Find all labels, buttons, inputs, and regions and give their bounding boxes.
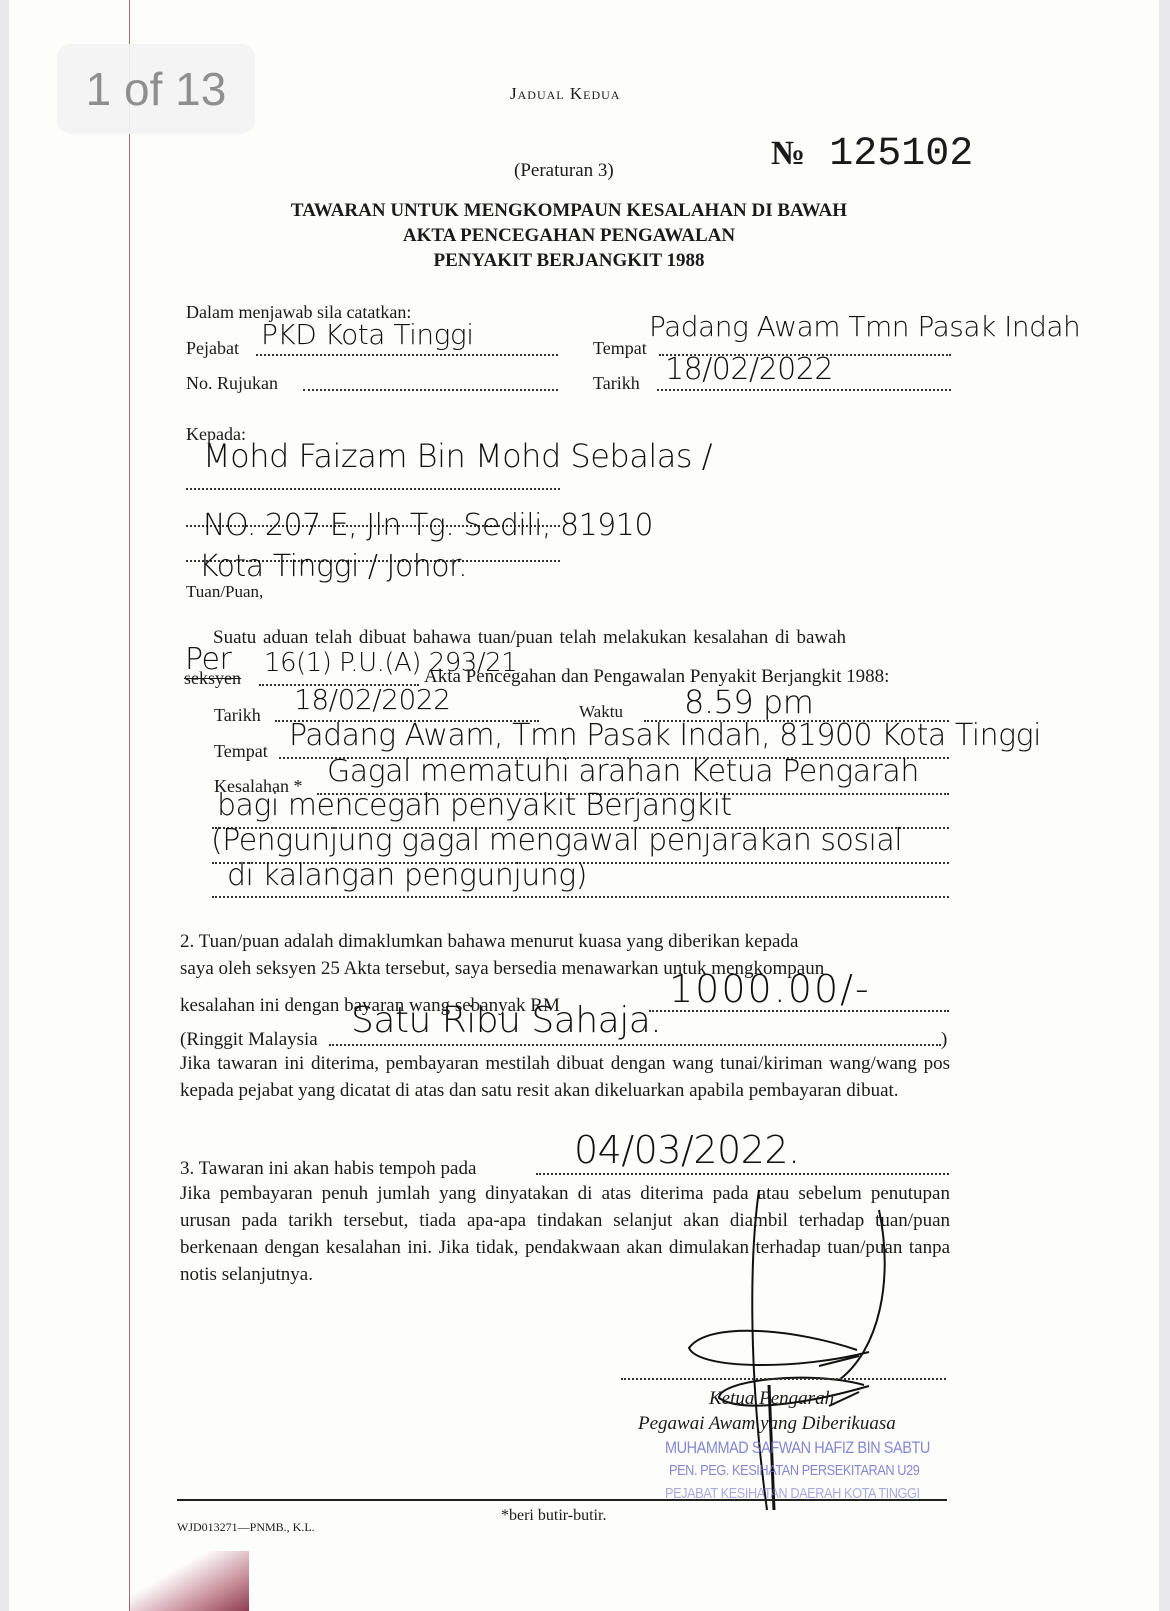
page-corner-shadow — [129, 1551, 249, 1611]
para2-line1: 2. Tuan/puan adalah dimaklumkan bahawa m… — [180, 928, 950, 955]
footer-rule — [177, 1499, 947, 1501]
tarikh-label: Tarikh — [593, 373, 640, 394]
rujukan-label: No. Rujukan — [186, 373, 278, 394]
signature-mark — [679, 1180, 899, 1510]
document-page: Jadual Kedua (Peraturan 3) № 125102 TAWA… — [9, 0, 1159, 1611]
form-title: TAWARAN UNTUK MENGKOMPAUN KESALAHAN DI B… — [9, 198, 1129, 273]
schedule-heading: Jadual Kedua — [510, 84, 620, 104]
salutation: Tuan/Puan, — [186, 582, 263, 602]
number-value: 125102 — [829, 132, 973, 177]
offence-tempat-value: Padang Awam, Tmn Pasak Indah, 81900 Kota… — [289, 718, 1041, 753]
kesalahan-value-3: (Pengunjung gagal mengawal penjarakan so… — [211, 823, 902, 858]
rujukan-field-line — [303, 389, 558, 391]
act-text: Akta Pencegahan dan Pengawalan Penyakit … — [424, 666, 889, 688]
recipient-address-1: NO. 207 E, Jln Tg. Sedili, 81910 — [203, 508, 653, 543]
para3-line1: 3. Tawaran ini akan habis tempoh pada — [180, 1155, 476, 1182]
para2-rest: Jika tawaran ini diterima, pembayaran me… — [180, 1050, 950, 1104]
form-code: WJD013271—PNMB., K.L. — [177, 1520, 315, 1535]
kesalahan-value-2: bagi mencegah penyakit Berjangkit — [217, 788, 732, 823]
title-line: AKTA PENCEGAHAN PENGAWALAN — [9, 223, 1129, 248]
pejabat-value: PKD Kota Tinggi — [261, 318, 474, 351]
offence-tempat-label: Tempat — [214, 741, 268, 762]
tarikh-field-line — [657, 389, 951, 391]
footnote: *beri butir-butir. — [501, 1507, 606, 1525]
compound-amount: 1000.00/- — [669, 967, 871, 1011]
expiry-date: 04/03/2022. — [574, 1128, 800, 1172]
title-line: PENYAKIT BERJANGKIT 1988 — [9, 248, 1129, 273]
ringgit-label: (Ringgit Malaysia — [180, 1026, 318, 1053]
kesalahan-line-4 — [212, 896, 949, 898]
ringgit-words: Satu Ribu Sahaja. — [351, 1000, 661, 1041]
signature-line — [621, 1378, 946, 1380]
pejabat-field-line — [256, 354, 558, 356]
officer-stamp-line-2: PEN. PEG. KESIHATAN PERSEKITARAN U29 — [669, 1462, 919, 1479]
seksyen-label: seksyen — [184, 668, 241, 689]
tempat-value: Padang Awam Tmn Pasak Indah — [649, 310, 1080, 343]
recipient-line-1 — [186, 488, 560, 490]
officer-stamp-line-1: MUHAMMAD SAFWAN HAFIZ BIN SABTU — [665, 1438, 930, 1458]
waktu-value: 8.59 pm — [684, 683, 813, 721]
signatory-title-2: Pegawai Awam yang Diberikuasa — [638, 1413, 896, 1435]
regulation-label: (Peraturan 3) — [514, 160, 614, 182]
title-line: TAWARAN UNTUK MENGKOMPAUN KESALAHAN DI B… — [9, 198, 1129, 223]
number-symbol: № — [771, 135, 805, 172]
ringgit-close: ) — [941, 1026, 947, 1053]
expiry-line — [536, 1173, 949, 1175]
recipient-name: Mohd Faizam Bin Mohd Sebalas / — [203, 437, 712, 475]
signatory-title-1: Ketua Pengarah — [709, 1388, 834, 1410]
kesalahan-value-1: Gagal mematuhi arahan Ketua Pengarah — [327, 754, 919, 789]
kesalahan-value-4: di kalangan pengunjung) — [227, 858, 587, 893]
offence-tarikh-label: Tarikh — [214, 705, 261, 726]
offence-tarikh-value: 18/02/2022 — [294, 683, 450, 716]
offence-intro: Suatu aduan telah dibuat bahawa tuan/pua… — [213, 627, 846, 649]
recipient-address-2: Kota Tinggi / Johor. — [199, 549, 467, 584]
form-number: № 125102 — [771, 132, 973, 177]
pejabat-label: Pejabat — [186, 338, 239, 359]
page-indicator: 1 of 13 — [57, 44, 255, 134]
tempat-label: Tempat — [593, 338, 647, 359]
ringgit-line — [329, 1044, 941, 1046]
tarikh-value: 18/02/2022 — [665, 352, 833, 387]
